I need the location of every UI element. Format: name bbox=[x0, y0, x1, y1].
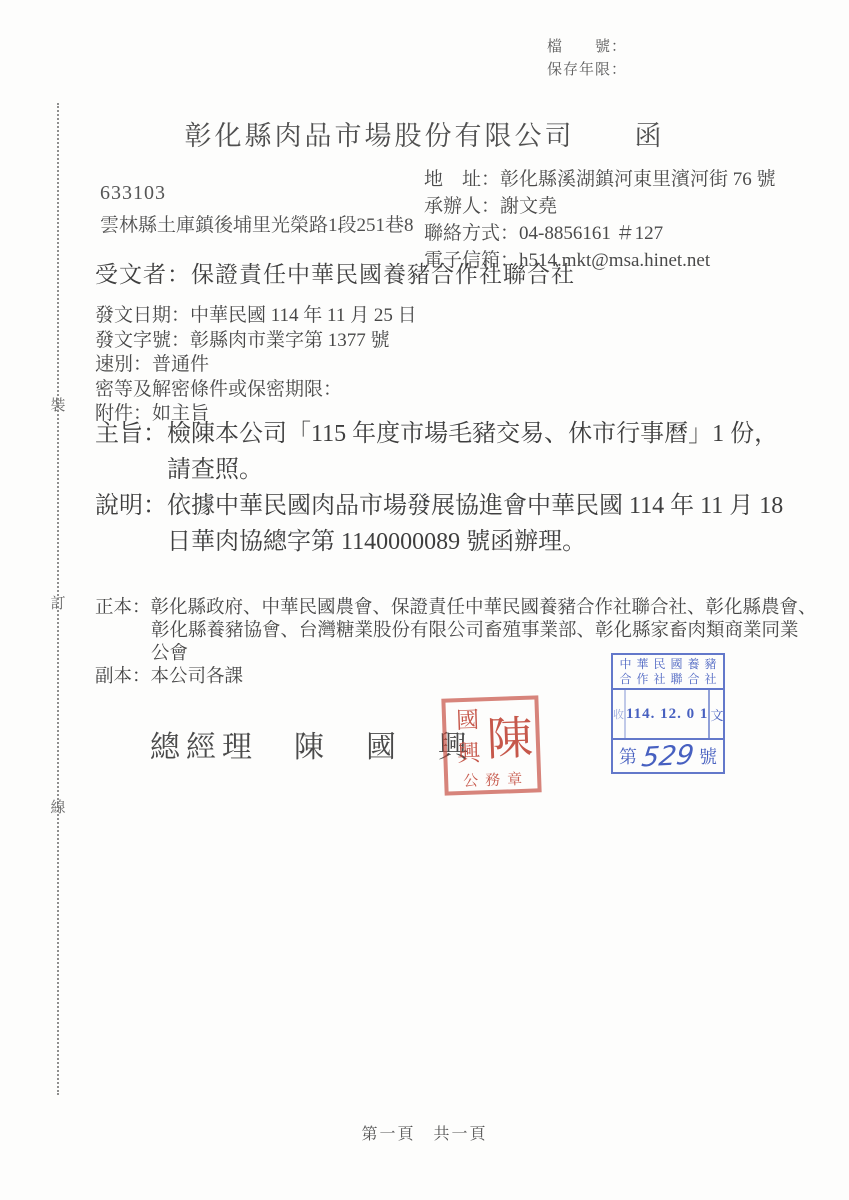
document-meta-block: 發文日期：中華民國 114 年 11 月 25 日 發文字號：彰縣肉市業字第 1… bbox=[95, 304, 417, 427]
red-seal-given-name: 國 興 bbox=[449, 703, 488, 770]
recipient-postal-code: 633103 bbox=[100, 182, 166, 205]
recipient-line: 受文者：保證責任中華民國養豬合作社聯合社 bbox=[95, 256, 575, 289]
retention-period-label: 保存年限： bbox=[547, 59, 627, 82]
scanned-official-letter: 檔 號： 保存年限： 彰化縣肉品市場股份有限公司 函 633103 雲林縣土庫鎮… bbox=[0, 0, 849, 1200]
page-number-footer: 第一頁 共一頁 bbox=[0, 1121, 849, 1144]
binding-mark-zhuang: 裝 bbox=[48, 394, 68, 415]
red-seal-stamp: 國 興 陳 公務章 bbox=[441, 695, 541, 795]
receipt-stamp-number-row: 第 529 號 bbox=[613, 738, 723, 772]
file-number-block: 檔 號： 保存年限： bbox=[547, 36, 627, 82]
binding-mark-ding: 訂 bbox=[48, 592, 68, 613]
subject-line-2: 請查照。 bbox=[167, 449, 263, 484]
receipt-stamp-org-line-1: 中華民國養豬 bbox=[618, 657, 723, 672]
receipt-number-value: 529 bbox=[640, 739, 696, 773]
contact-phone: 聯絡方式：04-8856161 ＃127 bbox=[424, 220, 776, 247]
security-class: 密等及解密條件或保密期限： bbox=[95, 378, 417, 403]
general-manager-signature: 總經理 陳 國 興 bbox=[150, 722, 474, 766]
red-seal-char-xing: 興 bbox=[457, 741, 481, 766]
issue-date: 發文日期：中華民國 114 年 11 月 25 日 bbox=[95, 304, 417, 329]
binding-mark-xian: 線 bbox=[48, 796, 68, 817]
document-title: 彰化縣肉品市場股份有限公司 函 bbox=[0, 114, 849, 153]
contact-person: 承辦人：謝文堯 bbox=[424, 193, 776, 220]
receipt-stamp-date-row: 收 114. 12. 0 1 文 bbox=[613, 690, 723, 738]
receipt-stamp-org-line-2: 合作社聯合社 bbox=[618, 672, 723, 687]
cc-line: 副本：本公司各課 bbox=[95, 662, 243, 688]
receipt-stamp-org: 中華民國養豬 合作社聯合社 bbox=[613, 655, 723, 690]
description-line-2: 日華肉協總字第 1140000089 號函辦理。 bbox=[167, 521, 586, 556]
issue-number: 發文字號：彰縣肉市業字第 1377 號 bbox=[95, 329, 417, 354]
original-copy-line-2: 彰化縣養豬協會、台灣糖業股份有限公司畜殖事業部、彰化縣家畜肉類商業同業 bbox=[151, 616, 799, 642]
red-seal-surname: 陳 bbox=[486, 702, 534, 770]
red-seal-char-guo: 國 bbox=[456, 708, 480, 733]
receipt-number-suffix: 號 bbox=[699, 743, 717, 769]
description-line-1: 說明：依據中華民國肉品市場發展協進會中華民國 114 年 11 月 18 bbox=[95, 485, 783, 520]
recipient-mailing-address: 雲林縣土庫鎮後埔里光榮路1段251巷8 bbox=[100, 210, 414, 237]
receipt-stamp-date: 114. 12. 0 1 bbox=[626, 706, 708, 723]
subject-line-1: 主旨：檢陳本公司「115 年度市場毛豬交易、休市行事曆」1 份， bbox=[95, 413, 778, 448]
receipt-stamp-receive-char: 收 bbox=[613, 690, 626, 738]
speed-class: 速別：普通件 bbox=[95, 353, 417, 378]
red-seal-name-area: 國 興 陳 bbox=[449, 702, 534, 771]
contact-address: 地 址：彰化縣溪湖鎮河東里濱河街 76 號 bbox=[424, 166, 776, 193]
receipt-stamp: 中華民國養豬 合作社聯合社 收 114. 12. 0 1 文 第 529 號 bbox=[611, 653, 725, 774]
receipt-number-prefix: 第 bbox=[619, 743, 637, 769]
file-number-label: 檔 號： bbox=[547, 36, 627, 59]
receipt-stamp-doc-char: 文 bbox=[708, 690, 723, 738]
red-seal-label: 公務章 bbox=[451, 768, 535, 792]
